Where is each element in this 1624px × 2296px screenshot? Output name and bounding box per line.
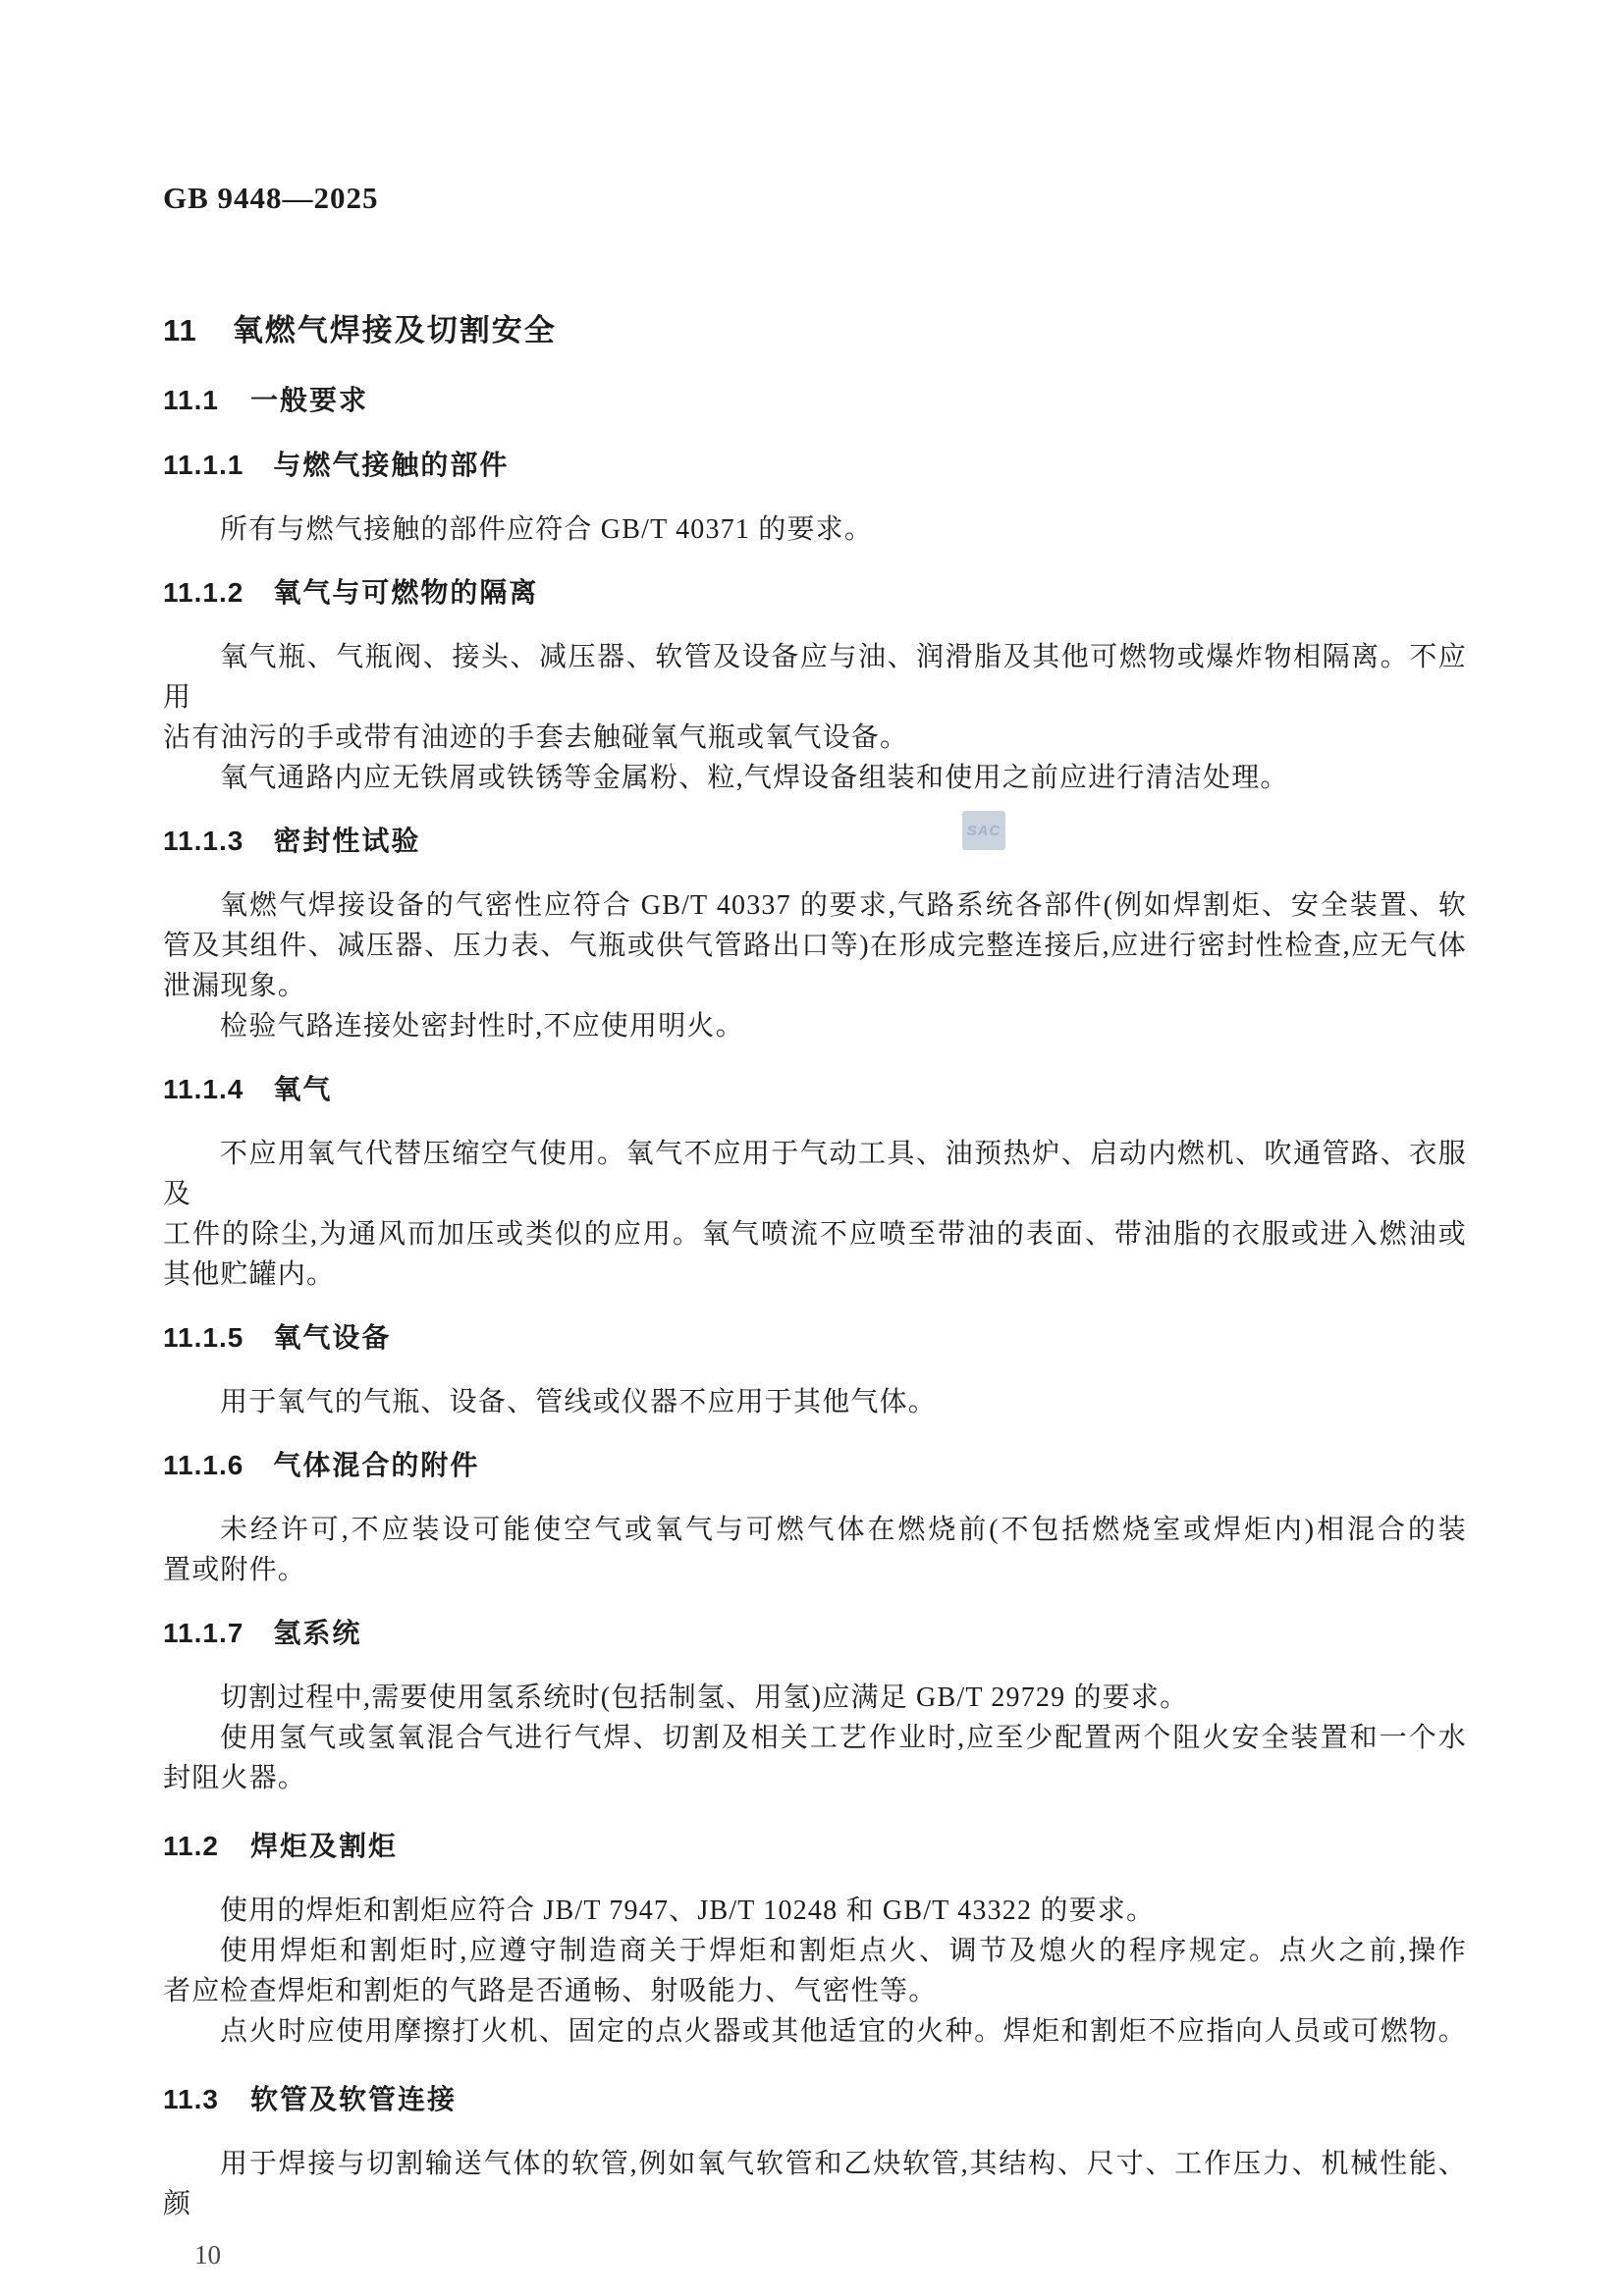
document-content: GB 9448—2025 11氧燃气焊接及切割安全11.1一般要求11.1.1与… — [0, 0, 1624, 2271]
page-number: 10 — [194, 2238, 1467, 2271]
text-line: 封阻火器。 — [163, 1758, 1467, 1798]
heading-11: 11氧燃气焊接及切割安全 — [163, 309, 1467, 352]
heading-number: 11.1.7 — [163, 1613, 244, 1653]
text-line: 使用的焊炬和割炬应符合 JB/T 7947、JB/T 10248 和 GB/T … — [163, 1891, 1467, 1931]
text-line: 泄漏现象。 — [163, 966, 1467, 1006]
heading-title: 焊炬及割炬 — [250, 1831, 398, 1861]
heading-11.1.3: 11.1.3密封性试验 — [163, 821, 1467, 861]
text-line: 管及其组件、减压器、压力表、气瓶或供气管路出口等)在形成完整连接后,应进行密封性… — [163, 926, 1467, 966]
paragraph: 用于氧气的气瓶、设备、管线或仪器不应用于其他气体。 — [163, 1382, 1467, 1422]
standard-number-header: GB 9448—2025 — [163, 182, 1467, 215]
paragraph: 所有与燃气接触的部件应符合 GB/T 40371 的要求。 — [163, 509, 1467, 550]
heading-title: 氧气与可燃物的隔离 — [273, 577, 538, 608]
paragraph: 用于焊接与切割输送气体的软管,例如氧气软管和乙炔软管,其结构、尺寸、工作压力、机… — [163, 2144, 1467, 2224]
text-line: 所有与燃气接触的部件应符合 GB/T 40371 的要求。 — [163, 509, 1467, 550]
heading-11.1: 11.1一般要求 — [163, 380, 1467, 420]
heading-title: 一般要求 — [250, 385, 368, 415]
heading-number: 11.2 — [163, 1826, 219, 1866]
paragraph: 氧气瓶、气瓶阀、接头、减压器、软管及设备应与油、润滑脂及其他可燃物或爆炸物相隔离… — [163, 637, 1467, 758]
text-line: 用于焊接与切割输送气体的软管,例如氧气软管和乙炔软管,其结构、尺寸、工作压力、机… — [163, 2144, 1467, 2224]
heading-11.1.6: 11.1.6气体混合的附件 — [163, 1445, 1467, 1485]
paragraph: 未经许可,不应装设可能使空气或氧气与可燃气体在燃烧前(不包括燃烧室或焊炬内)相混… — [163, 1510, 1467, 1590]
text-line: 氧气瓶、气瓶阀、接头、减压器、软管及设备应与油、润滑脂及其他可燃物或爆炸物相隔离… — [163, 637, 1467, 718]
paragraph: 检验气路连接处密封性时,不应使用明火。 — [163, 1006, 1467, 1046]
heading-number: 11.1.4 — [163, 1069, 244, 1109]
paragraph: 切割过程中,需要使用氢系统时(包括制氢、用氢)应满足 GB/T 29729 的要… — [163, 1678, 1467, 1718]
text-line: 不应用氧气代替压缩空气使用。氧气不应用于气动工具、油预热炉、启动内燃机、吹通管路… — [163, 1134, 1467, 1214]
heading-11.2: 11.2焊炬及割炬 — [163, 1826, 1467, 1866]
text-line: 用于氧气的气瓶、设备、管线或仪器不应用于其他气体。 — [163, 1382, 1467, 1422]
text-line: 工件的除尘,为通风而加压或类似的应用。氧气喷流不应喷至带油的表面、带油脂的衣服或… — [163, 1214, 1467, 1255]
heading-number: 11.1.6 — [163, 1445, 244, 1485]
paragraph: 不应用氧气代替压缩空气使用。氧气不应用于气动工具、油预热炉、启动内燃机、吹通管路… — [163, 1134, 1467, 1295]
heading-title: 气体混合的附件 — [273, 1450, 479, 1480]
text-line: 者应检查焊炬和割炬的气路是否通畅、射吸能力、气密性等。 — [163, 1971, 1467, 2011]
heading-11.1.1: 11.1.1与燃气接触的部件 — [163, 445, 1467, 485]
heading-11.1.4: 11.1.4氧气 — [163, 1069, 1467, 1109]
paragraph: 点火时应使用摩擦打火机、固定的点火器或其他适宜的火种。焊炬和割炬不应指向人员或可… — [163, 2011, 1467, 2052]
heading-title: 氧气设备 — [273, 1322, 391, 1353]
document-page: SAC GB 9448—2025 11氧燃气焊接及切割安全11.1一般要求11.… — [0, 0, 1624, 2296]
text-line: 检验气路连接处密封性时,不应使用明火。 — [163, 1006, 1467, 1046]
heading-number: 11.3 — [163, 2079, 219, 2119]
text-line: 沾有油污的手或带有油迹的手套去触碰氧气瓶或氧气设备。 — [163, 718, 1467, 758]
text-line: 点火时应使用摩擦打火机、固定的点火器或其他适宜的火种。焊炬和割炬不应指向人员或可… — [163, 2011, 1467, 2052]
heading-11.3: 11.3软管及软管连接 — [163, 2079, 1467, 2119]
heading-title: 密封性试验 — [273, 826, 420, 856]
text-line: 切割过程中,需要使用氢系统时(包括制氢、用氢)应满足 GB/T 29729 的要… — [163, 1678, 1467, 1718]
paragraph: 使用焊炬和割炬时,应遵守制造商关于焊炬和割炬点火、调节及熄火的程序规定。点火之前… — [163, 1931, 1467, 2011]
heading-number: 11 — [163, 309, 197, 352]
heading-number: 11.1 — [163, 380, 219, 420]
heading-number: 11.1.3 — [163, 821, 244, 861]
paragraph: 氧燃气焊接设备的气密性应符合 GB/T 40337 的要求,气路系统各部件(例如… — [163, 885, 1467, 1006]
heading-11.1.7: 11.1.7氢系统 — [163, 1613, 1467, 1653]
heading-title: 与燃气接触的部件 — [273, 450, 509, 480]
text-line: 使用氢气或氢氧混合气进行气焊、切割及相关工艺作业时,应至少配置两个阻火安全装置和… — [163, 1718, 1467, 1758]
heading-title: 氢系统 — [273, 1618, 361, 1648]
text-line: 使用焊炬和割炬时,应遵守制造商关于焊炬和割炬点火、调节及熄火的程序规定。点火之前… — [163, 1931, 1467, 1971]
heading-11.1.2: 11.1.2氧气与可燃物的隔离 — [163, 572, 1467, 613]
heading-11.1.5: 11.1.5氧气设备 — [163, 1317, 1467, 1358]
paragraph: 使用的焊炬和割炬应符合 JB/T 7947、JB/T 10248 和 GB/T … — [163, 1891, 1467, 1931]
text-line: 氧气通路内应无铁屑或铁锈等金属粉、粒,气焊设备组装和使用之前应进行清洁处理。 — [163, 758, 1467, 798]
heading-title: 氧气 — [273, 1074, 332, 1104]
heading-number: 11.1.1 — [163, 445, 244, 485]
heading-title: 氧燃气焊接及切割安全 — [233, 313, 557, 347]
heading-number: 11.1.5 — [163, 1317, 244, 1358]
text-line: 未经许可,不应装设可能使空气或氧气与可燃气体在燃烧前(不包括燃烧室或焊炬内)相混… — [163, 1510, 1467, 1550]
paragraph: 氧气通路内应无铁屑或铁锈等金属粉、粒,气焊设备组装和使用之前应进行清洁处理。 — [163, 758, 1467, 798]
heading-title: 软管及软管连接 — [250, 2084, 457, 2114]
paragraph: 使用氢气或氢氧混合气进行气焊、切割及相关工艺作业时,应至少配置两个阻火安全装置和… — [163, 1718, 1467, 1798]
text-line: 氧燃气焊接设备的气密性应符合 GB/T 40337 的要求,气路系统各部件(例如… — [163, 885, 1467, 926]
text-line: 其他贮罐内。 — [163, 1255, 1467, 1295]
heading-number: 11.1.2 — [163, 572, 244, 613]
text-line: 置或附件。 — [163, 1550, 1467, 1590]
document-body: 11氧燃气焊接及切割安全11.1一般要求11.1.1与燃气接触的部件所有与燃气接… — [163, 309, 1467, 2224]
